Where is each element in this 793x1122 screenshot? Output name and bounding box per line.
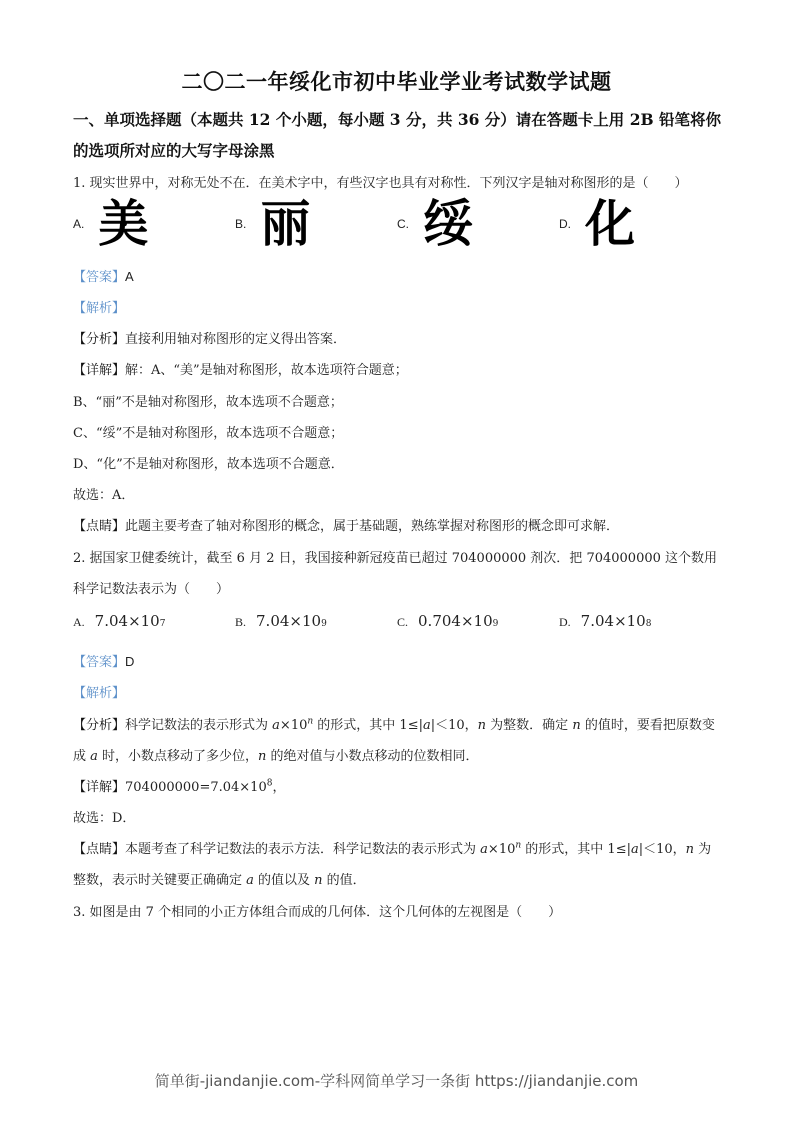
var-n: n <box>686 842 694 857</box>
option-letter: B. <box>235 615 246 630</box>
q1-detail-c: C、“绥”不是轴对称图形，故本选项不合题意； <box>73 422 343 441</box>
var-a: a <box>90 749 98 764</box>
fenxi-label: 【分析】 <box>73 332 125 347</box>
q2-options: A. 7.04×107 B. 7.04×109 C. 0.704×109 D. … <box>73 612 733 636</box>
dianjing-label: 【点睛】 <box>73 842 125 857</box>
analysis-label: 【解析】 <box>73 686 125 701</box>
option-letter: D. <box>559 615 571 630</box>
q2-option-a: A. 7.04×107 <box>73 612 165 630</box>
text: ×10 <box>488 842 515 857</box>
q1-options: A. 美 B. 丽 C. 绥 D. 化 <box>73 196 733 258</box>
answer-label: 【答案】 <box>73 655 125 670</box>
option-glyph: 绥 <box>423 196 473 252</box>
q1-conclusion: 故选：A． <box>73 484 134 503</box>
exam-page: 二〇二一年绥化市初中毕业学业考试数学试题 一、单项选择题（本题共 12 个小题，… <box>0 0 793 1122</box>
section-heading: 一、单项选择题（本题共 12 个小题，每小题 3 分，共 36 分）请在答题卡上… <box>73 104 723 166</box>
footer-watermark: 简单街-jiandanjie.com-学科网简单学习一条街 https://ji… <box>0 1070 793 1091</box>
q3-stem: 3. 如图是由 7 个相同的小正方体组合而成的几何体．这个几何体的左视图是（ ） <box>73 901 561 920</box>
xiangjie-label: 【详解】 <box>73 780 125 795</box>
q2-option-b: B. 7.04×109 <box>235 612 327 630</box>
text: 整数，表示时关键要正确确定 <box>73 873 246 888</box>
option-letter: C. <box>397 615 408 630</box>
text: ， <box>272 780 285 795</box>
q2-xiangjie: 【详解】704000000=7.04×108， <box>73 776 285 795</box>
xiangjie-text: 解：A、“美”是轴对称图形，故本选项符合题意； <box>125 363 408 378</box>
text: ×10 <box>280 718 307 733</box>
text: 的形式，其中 1≤| <box>521 842 631 857</box>
q2-answer: 【答案】D <box>73 651 134 670</box>
option-letter: A. <box>73 615 85 630</box>
q2-stem-line2: 科学记数法表示为（ ） <box>73 578 229 597</box>
q1-stem: 1. 现实世界中，对称无处不在．在美术字中，有些汉字也具有对称性．下列汉字是轴对… <box>73 172 688 191</box>
var-a: a <box>480 842 488 857</box>
q2-option-d: D. 7.04×108 <box>559 612 651 630</box>
q2-dianjing-line1: 【点睛】本题考查了科学记数法的表示方法．科学记数法的表示形式为 a×10n 的形… <box>73 838 711 857</box>
option-letter: C. <box>397 217 409 231</box>
q2-analysis-label: 【解析】 <box>73 682 125 701</box>
q1-detail-d: D、“化”不是轴对称图形，故本选项不合题意． <box>73 453 344 472</box>
q1-dianjing: 【点睛】此题主要考查了轴对称图形的概念，属于基础题，熟练掌握对称图形的概念即可求… <box>73 515 619 534</box>
q1-option-d: D. 化 <box>559 196 635 252</box>
option-letter: A. <box>73 217 84 231</box>
var-n: n <box>314 873 322 888</box>
q1-option-b: B. 丽 <box>235 196 310 252</box>
q1-analysis-label: 【解析】 <box>73 297 125 316</box>
q1-option-c: C. 绥 <box>397 196 473 252</box>
var-n: n <box>478 718 486 733</box>
text: 的值以及 <box>254 873 314 888</box>
q2-fenxi-line1: 【分析】科学记数法的表示形式为 a×10n 的形式，其中 1≤|a|＜10，n … <box>73 714 715 733</box>
q2-stem-line1: 2. 据国家卫健委统计，截至 6 月 2 日，我国接种新冠疫苗已超过 70400… <box>73 547 717 566</box>
q1-fenxi: 【分析】直接利用轴对称图形的定义得出答案． <box>73 328 346 347</box>
xiangjie-text: 704000000=7.04×10 <box>125 780 267 795</box>
analysis-label: 【解析】 <box>73 301 125 316</box>
text: 为整数．确定 <box>486 718 572 733</box>
var-a: a <box>423 718 431 733</box>
text: 的绝对值与小数点移动的位数相同． <box>266 749 478 764</box>
answer-value: D <box>125 654 134 669</box>
text: 的值． <box>323 873 366 888</box>
text: 为 <box>694 842 711 857</box>
var-a: a <box>246 873 254 888</box>
q1-answer: 【答案】A <box>73 266 134 285</box>
option-letter: D. <box>559 217 571 231</box>
dianjing-text: 此题主要考查了轴对称图形的概念，属于基础题，熟练掌握对称图形的概念即可求解． <box>125 519 619 534</box>
text: |＜10， <box>431 718 478 733</box>
option-glyph: 化 <box>585 196 635 252</box>
option-glyph: 美 <box>98 196 148 252</box>
q1-xiangjie: 【详解】解：A、“美”是轴对称图形，故本选项符合题意； <box>73 359 408 378</box>
text: 本题考查了科学记数法的表示方法．科学记数法的表示形式为 <box>125 842 480 857</box>
q1-option-a: A. 美 <box>73 196 148 252</box>
q2-conclusion: 故选：D． <box>73 807 135 826</box>
document-title: 二〇二一年绥化市初中毕业学业考试数学试题 <box>0 66 793 96</box>
q2-dianjing-line2: 整数，表示时关键要正确确定 a 的值以及 n 的值． <box>73 869 366 888</box>
fenxi-text: 直接利用轴对称图形的定义得出答案． <box>125 332 346 347</box>
answer-value: A <box>125 269 134 284</box>
option-value: 7.04×10 <box>256 612 321 630</box>
var-n: n <box>572 718 580 733</box>
text: 时，小数点移动了多少位， <box>98 749 258 764</box>
option-glyph: 丽 <box>260 196 310 252</box>
text: 科学记数法的表示形式为 <box>125 718 272 733</box>
q2-fenxi-line2: 成 a 时，小数点移动了多少位，n 的绝对值与小数点移动的位数相同． <box>73 745 479 764</box>
q1-detail-b: B、“丽”不是轴对称图形，故本选项不合题意； <box>73 391 343 410</box>
option-value: 7.04×10 <box>581 612 646 630</box>
text: 的值时，要看把原数变 <box>581 718 715 733</box>
q2-option-c: C. 0.704×109 <box>397 612 498 630</box>
text: 成 <box>73 749 90 764</box>
text: |＜10， <box>639 842 686 857</box>
option-value: 7.04×10 <box>95 612 160 630</box>
answer-label: 【答案】 <box>73 270 125 285</box>
dianjing-label: 【点睛】 <box>73 519 125 534</box>
var-a: a <box>631 842 639 857</box>
option-letter: B. <box>235 217 246 231</box>
var-a: a <box>272 718 280 733</box>
text: 的形式，其中 1≤| <box>313 718 423 733</box>
option-value: 0.704×10 <box>418 612 493 630</box>
fenxi-label: 【分析】 <box>73 718 125 733</box>
xiangjie-label: 【详解】 <box>73 363 125 378</box>
